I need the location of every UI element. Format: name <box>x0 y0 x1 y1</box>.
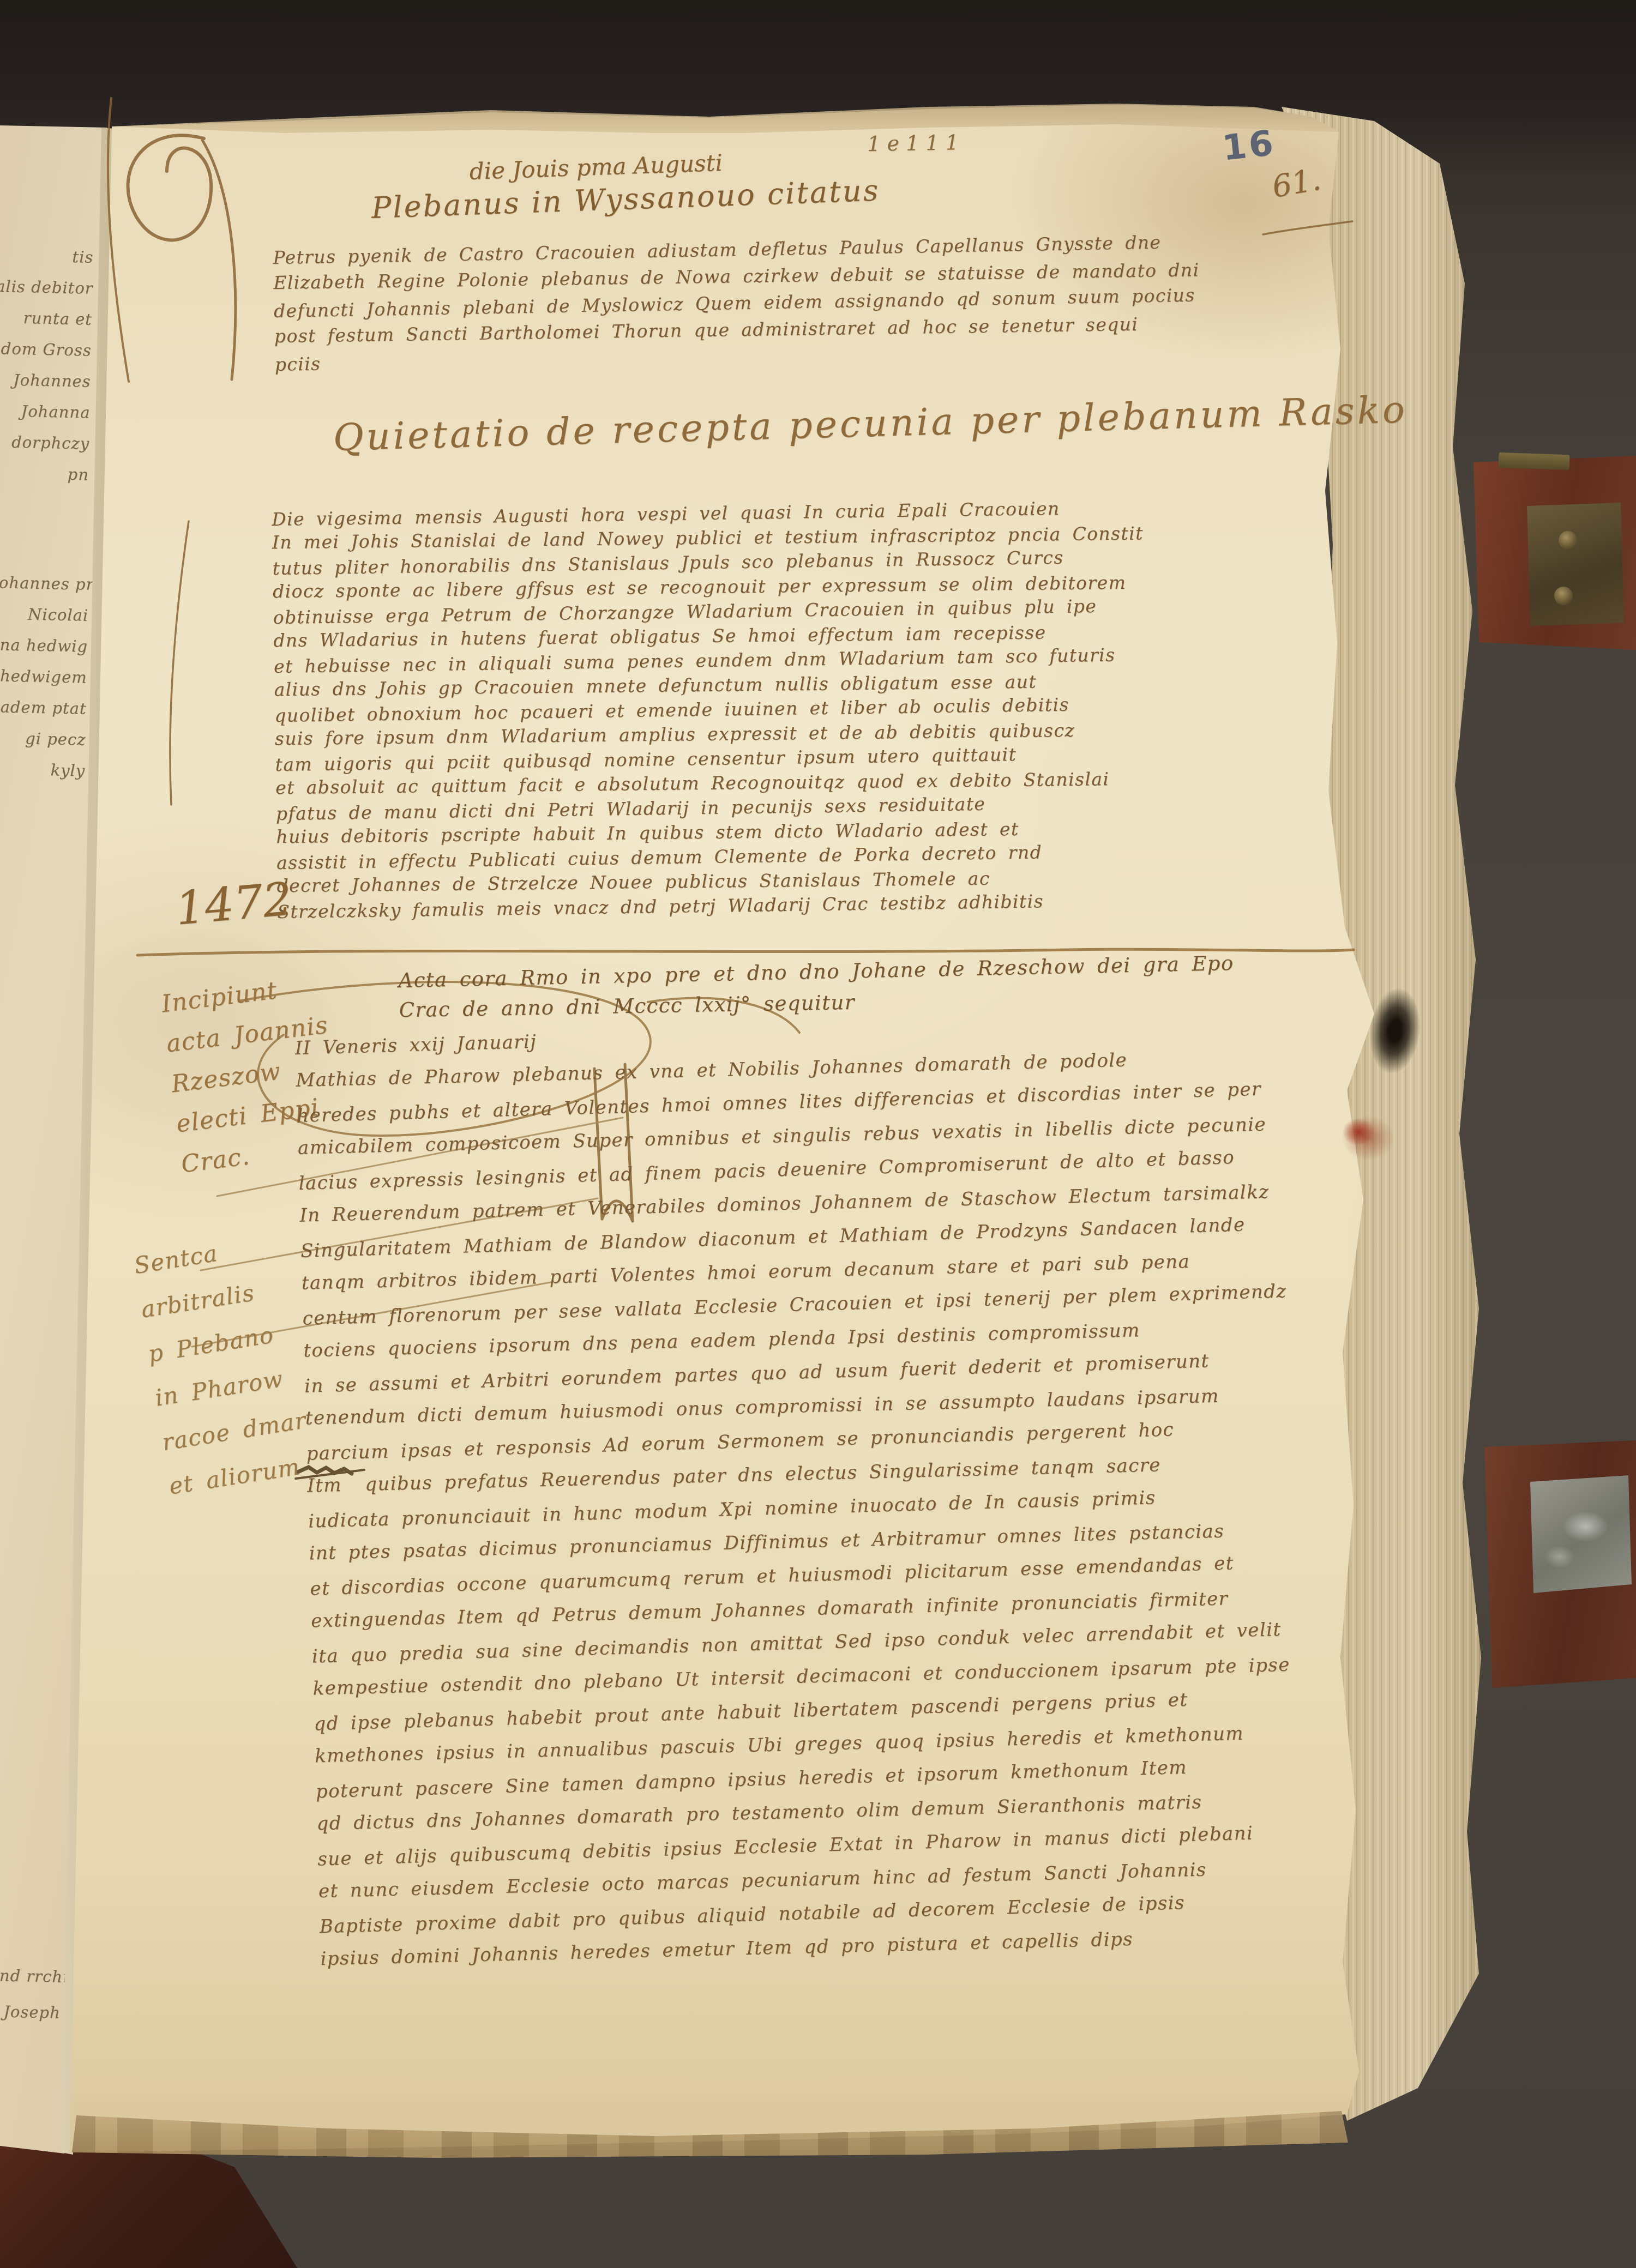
text-line: eadem ptat <box>0 691 87 725</box>
brass-bar-top-strap <box>1499 453 1570 471</box>
ink-smudge-stain <box>1365 985 1426 1077</box>
text-line: alis debitor <box>0 271 93 304</box>
text-line: dom Gross <box>0 333 92 366</box>
red-wax-stain <box>1328 1101 1400 1168</box>
text-line: kyly <box>0 753 86 787</box>
rivet-icon <box>1559 531 1577 550</box>
entry-1-paragraph: Die vigesima mensis Augusti hora vespi v… <box>272 495 1148 924</box>
text-line: hedwigem <box>0 660 87 693</box>
intro-paragraph: Petrus pyenik de Castro Cracouien adiust… <box>273 228 1201 378</box>
steel-clasp-plate-bottom <box>1528 1472 1633 1593</box>
text-line: na hedwig <box>0 629 88 662</box>
facing-page-text-fragments-upper: tisalis debitorrunta etdom GrossJohannes… <box>0 240 94 491</box>
bronze-clasp-plate-top <box>1526 502 1624 626</box>
text-line: gi pecz <box>0 722 86 756</box>
facing-page-text-fragments-middle: Johannes prdNicolaina hedwighedwigemeade… <box>0 567 89 787</box>
text-line: Johannes <box>0 364 91 397</box>
year-margin-note: 1472 <box>173 872 294 935</box>
photo-of-manuscript: { "page": { "folio_pencil": "16", "folio… <box>0 0 1636 2268</box>
text-line: pn <box>0 457 89 491</box>
text-line: Johanna <box>0 395 91 429</box>
pen-trial-marks: 1 e 1 1 1 <box>867 130 959 156</box>
text-line: Johannes prd <box>0 567 89 600</box>
text-line: runta et <box>0 302 93 335</box>
text-line: dorphczy <box>0 426 90 460</box>
rivet-icon <box>1554 587 1573 605</box>
text-line: tis <box>0 240 94 273</box>
text-line: Nicolai <box>0 598 89 631</box>
entry-2-paragraph: II Veneris xxij JanuarijMathias de Pharo… <box>294 1004 1305 1978</box>
folio-number-pencil: 16 <box>1220 123 1277 169</box>
